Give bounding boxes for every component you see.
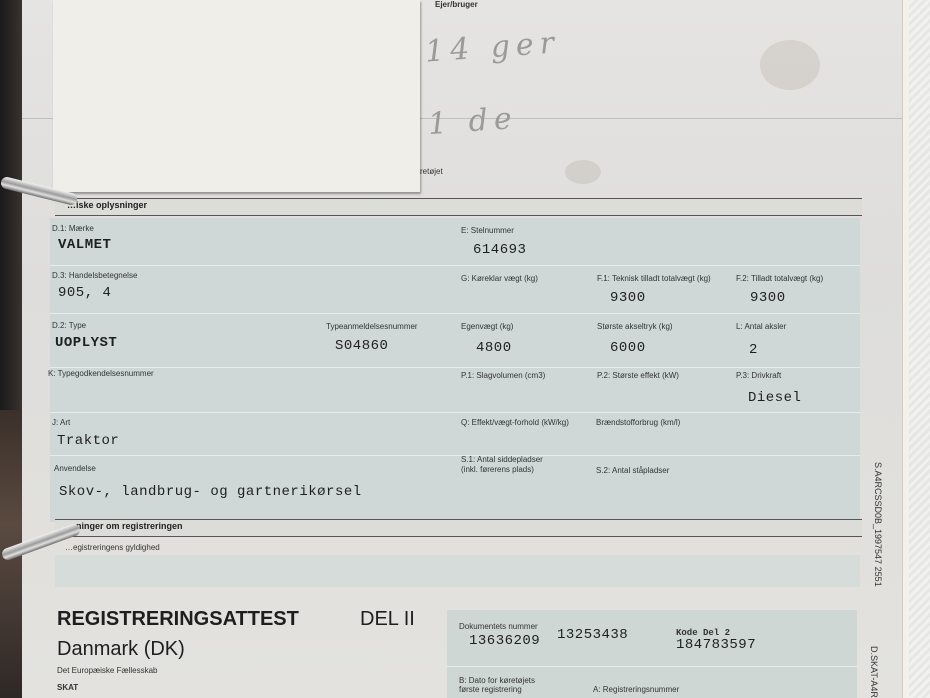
row-divider [50,265,860,266]
row-divider [50,367,860,368]
section-header-vehicle: …iske oplysninger [55,198,862,216]
field-label-make: D.1: Mærke [52,224,94,234]
field-value-max-axle-load: 6000 [610,340,646,356]
owner-label-fragment: Ejer/bruger [435,0,478,9]
field-label-type-approval-number: K: Typegodkendelsesnummer [48,369,154,379]
vehicle-fields-panel [50,218,860,522]
field-value-vin: 614693 [473,242,526,258]
form-code-2: D.SKAT-A4R [869,646,879,698]
field-label-power-weight-ratio: Q: Effekt/vægt-forhold (kW/kg) [461,418,569,428]
section-title: …iske oplysninger [67,200,147,210]
field-label-max-weight: F.2: Tilladt totalvægt (kg) [736,274,823,284]
field-label-trade-name: D.3: Handelsbetegnelse [52,271,137,281]
field-value-trade-name: 905, 4 [58,285,111,301]
field-label-seats: S.1: Antal siddepladser [461,455,543,465]
certificate-title: REGISTRERINGSATTEST [57,608,299,631]
registration-validity-label: …egistreringens gyldighed [65,543,160,553]
first-registration-date-label-2: første registrering [459,685,522,695]
field-label-type: D.2: Type [52,321,86,331]
field-label-max-axle-load: Største akseltryk (kg) [597,322,673,332]
field-label-category: J: Art [52,418,70,428]
certificate-authority: SKAT [57,683,78,692]
field-value-max-weight: 9300 [750,290,786,306]
field-label-standing-places: S.2: Antal ståpladser [596,466,669,476]
field-value-category: Traktor [57,433,119,449]
field-label-fuel: P.3: Drivkraft [736,371,781,381]
paper-edge [902,0,909,698]
row-divider [447,666,857,667]
field-label-own-weight: Egenvægt (kg) [461,322,513,332]
field-value-usage: Skov-, landbrug- og gartnerikørsel [59,484,362,500]
row-divider [50,412,860,413]
doc-number-value-2: 13253438 [557,627,628,643]
code-part2-value: 184783597 [676,637,756,653]
sticky-note [53,0,420,192]
field-label-max-power: P.2: Største effekt (kW) [597,371,679,381]
doc-number-value: 13636209 [469,633,540,649]
stain [760,40,820,90]
field-label-usage: Anvendelse [54,464,96,474]
field-label-type-notification-number: Typeanmeldelsesnummer [326,322,418,332]
certificate-part: DEL II [360,608,415,631]
certificate-community: Det Europæiske Fællesskab [57,666,157,675]
doc-number-label: Dokumentets nummer [459,622,538,632]
certificate-country: Danmark (DK) [57,638,185,661]
row-divider [50,313,860,314]
field-label-technical-max-weight: F.1: Teknisk tilladt totalvægt (kg) [597,274,711,284]
section-header-registration: …ninger om registreringen [55,519,862,537]
field-value-fuel: Diesel [748,390,801,406]
registration-number-label: A: Registreringsnummer [593,685,679,695]
field-label-seats-note: (inkl. førerens plads) [461,465,534,475]
field-value-type-notification-number: S04860 [335,338,388,354]
field-label-fuel-consumption: Brændstofforbrug (km/l) [596,418,680,428]
field-label-kerb-weight: G: Køreklar vægt (kg) [461,274,538,284]
field-value-type: UOPLYST [55,335,117,351]
registration-validity-strip [55,555,860,587]
row-divider [50,455,860,456]
field-label-axle-count: L: Antal aksler [736,322,786,332]
field-label-displacement: P.1: Slagvolumen (cm3) [461,371,545,381]
partial-label-right: retøjet [420,167,443,176]
field-value-technical-max-weight: 9300 [610,290,646,306]
form-code: S.A4RCSSD0B_1997547 2551 [873,462,883,587]
field-label-vin: E: Stelnummer [461,226,514,236]
field-value-own-weight: 4800 [476,340,512,356]
handwriting-2: 1 de [427,101,519,142]
stain [565,160,601,184]
field-value-make: VALMET [58,237,111,253]
section-title: …ninger om registreringen [67,521,183,531]
field-value-axle-count: 2 [749,342,758,358]
